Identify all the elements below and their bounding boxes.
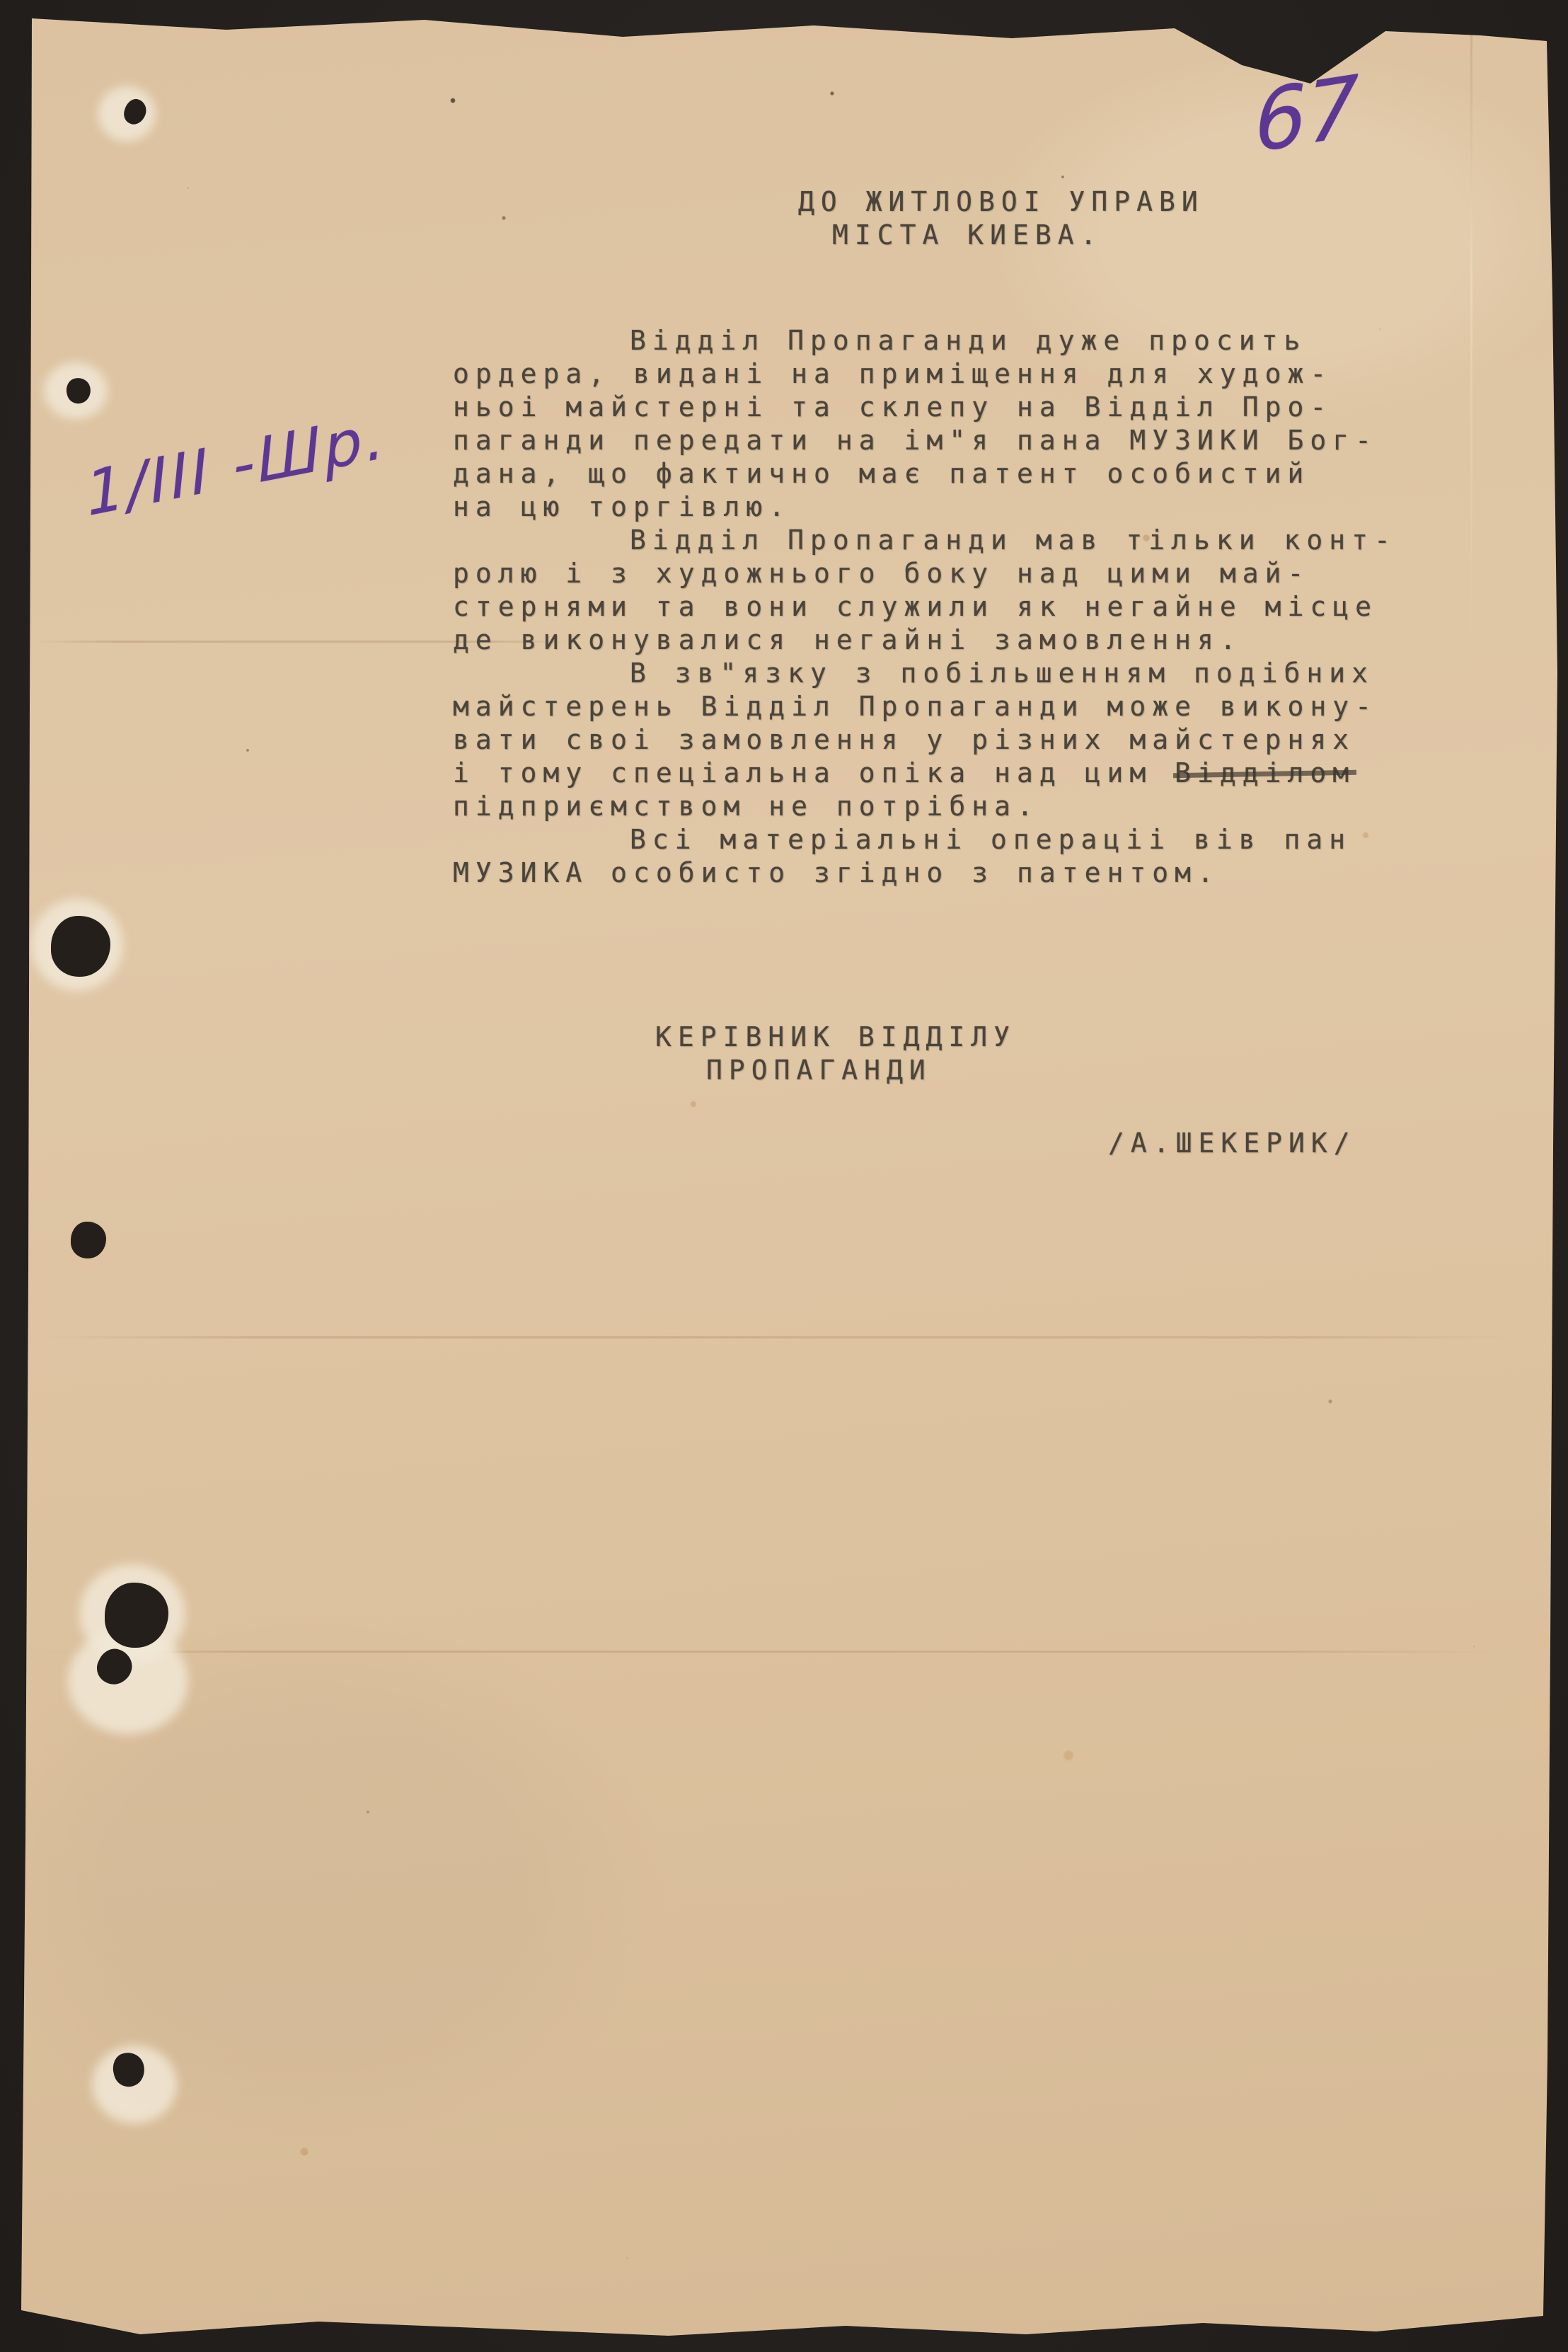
- typewritten-line: паганди передати на ім"я пана МУЗИКИ Бог…: [453, 424, 1397, 457]
- paper-sheet: 67 1/ІІІ -Шр. ДО ЖИТЛОВОІ УПРАВИ МІСТА К…: [0, 0, 1568, 2352]
- paper-crease: [42, 1651, 1500, 1653]
- typewritten-line: Відділ Пропаганди мав тільки конт-: [453, 524, 1397, 557]
- typewritten-line: ролю і з художнього боку над цими май-: [453, 557, 1397, 590]
- typewritten-line: дана, що фактично має патент особистий: [453, 457, 1397, 491]
- typewritten-line: Відділ Пропаганди дуже просить: [453, 324, 1397, 357]
- signature-name: /А.ШЕКЕРИК/: [1108, 1127, 1356, 1160]
- handwritten-folio-number: 67: [1254, 57, 1361, 172]
- scanned-document-page: 67 1/ІІІ -Шр. ДО ЖИТЛОВОІ УПРАВИ МІСТА К…: [0, 0, 1568, 2352]
- handwritten-margin-note: 1/ІІІ -Шр.: [83, 401, 390, 531]
- typewritten-line: В зв"язку з побільшенням подібних: [453, 657, 1397, 690]
- typewritten-line: Всі матеріальні операціі вів пан: [453, 823, 1397, 856]
- typewritten-line: підприємством не потрібна.: [453, 790, 1397, 823]
- paper-crease: [1470, 28, 1472, 651]
- signature-title-line: КЕРІВНИК ВІДДІЛУ: [655, 1021, 1016, 1054]
- typewritten-line: на цю торгівлю.: [453, 491, 1397, 524]
- typewritten-line: стернями та вони служили як негайне місц…: [453, 590, 1397, 624]
- typewritten-line: ордера, видані на приміщення для худож-: [453, 357, 1397, 391]
- struck-out-word: Відділом: [1175, 757, 1355, 788]
- typewritten-line: вати своі замовлення у різних майстернях: [453, 723, 1397, 757]
- header-line: МІСТА КИЕВА.: [798, 219, 1204, 252]
- typewritten-line: де виконувалися негайні замовлення.: [453, 624, 1397, 657]
- typewritten-line: і тому спеціальна опіка над цим Відділом: [453, 757, 1397, 790]
- signature-title-line: ПРОПАГАНДИ: [655, 1054, 1016, 1087]
- paper-crease: [42, 1336, 1514, 1338]
- letter-body: Відділ Пропаганди дуже проситьордера, ви…: [453, 324, 1397, 890]
- header-line: ДО ЖИТЛОВОІ УПРАВИ: [798, 185, 1204, 219]
- signature-title-block: КЕРІВНИК ВІДДІЛУ ПРОПАГАНДИ: [655, 1021, 1016, 1087]
- typewritten-line: ньоі майстерні та склепу на Відділ Про-: [453, 391, 1397, 424]
- typewritten-line: майстерень Відділ Пропаганди може викону…: [453, 690, 1397, 723]
- punch-hole: [71, 1222, 106, 1258]
- typewritten-line: МУЗИКА особисто згідно з патентом.: [453, 856, 1397, 890]
- letter-addressee-header: ДО ЖИТЛОВОІ УПРАВИ МІСТА КИЕВА.: [798, 185, 1204, 252]
